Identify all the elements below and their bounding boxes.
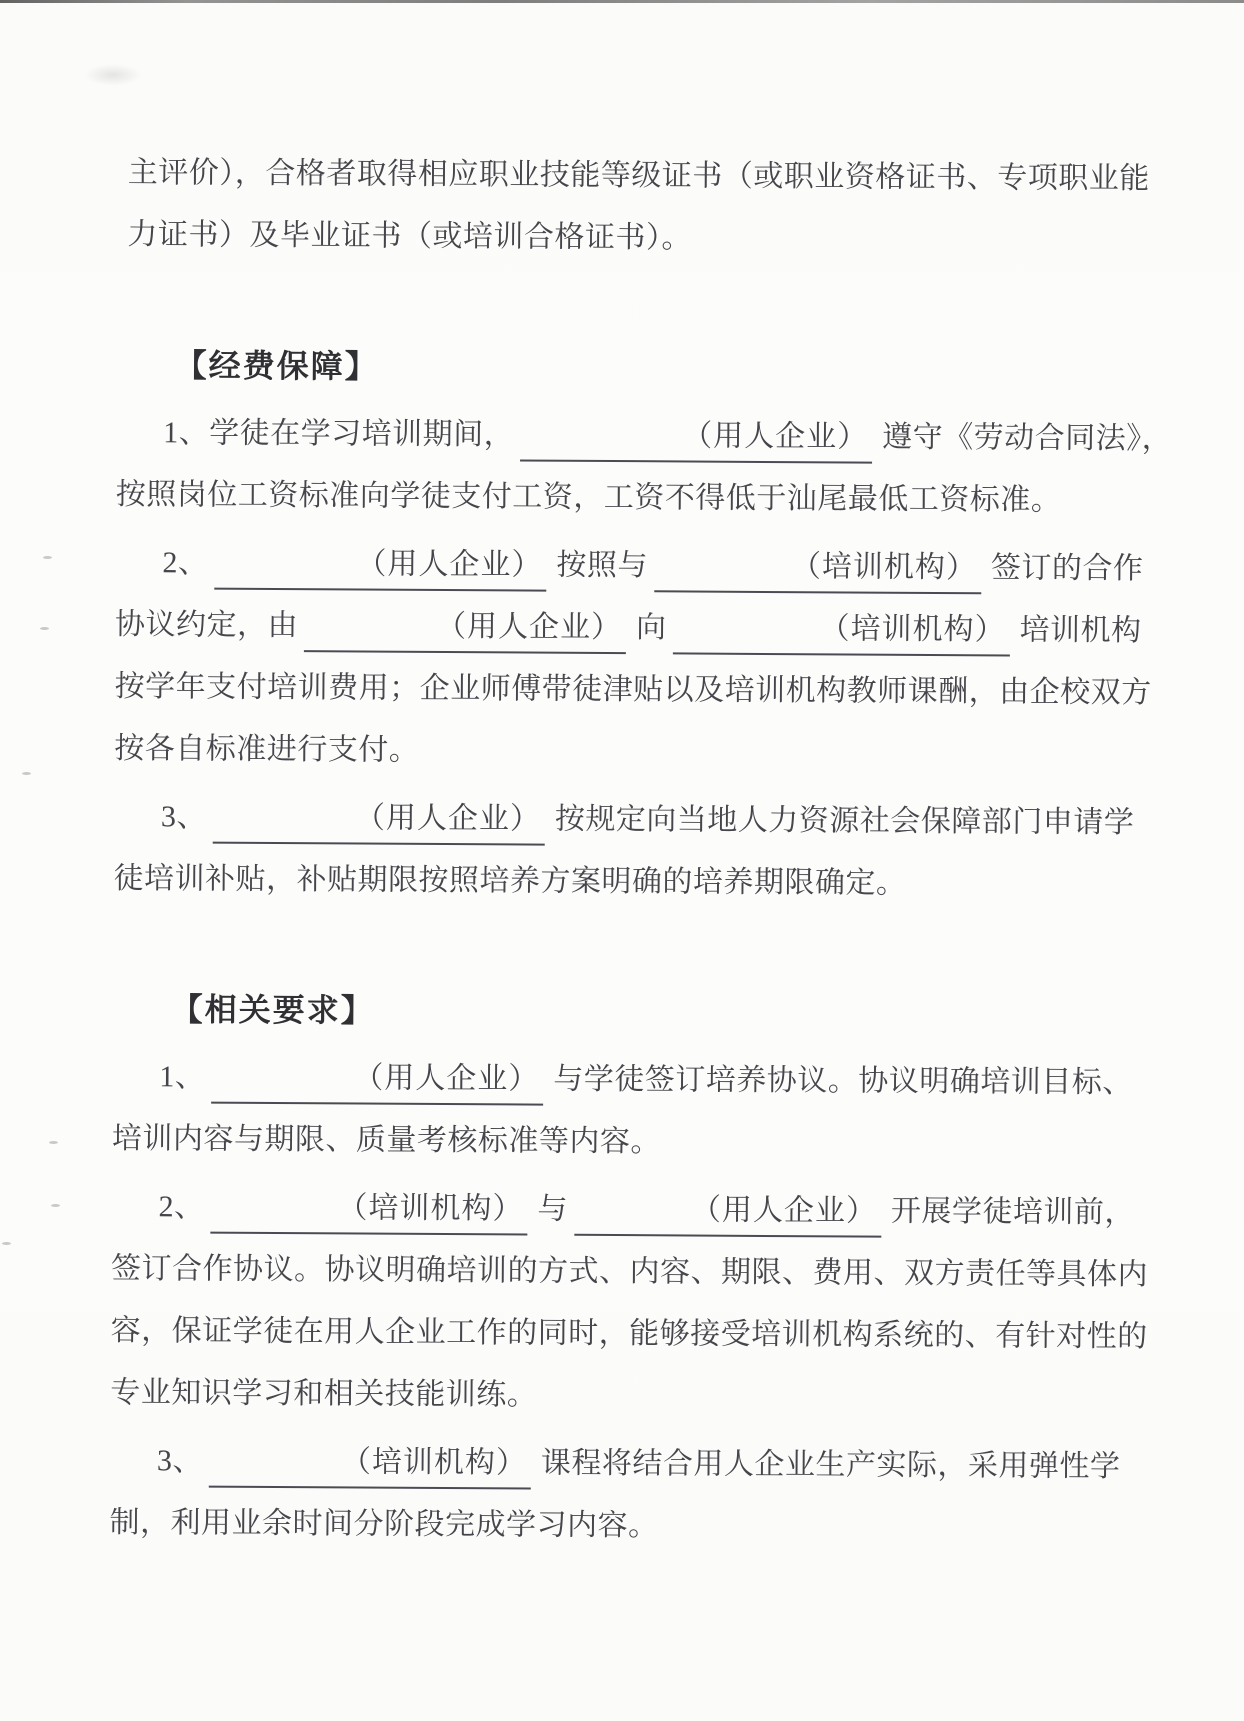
intro-paragraph: 主评价），合格者取得相应职业技能等级证书（或职业资格证书、专项职业能力证书）及毕…	[117, 142, 1203, 273]
text-run: 协议约定，由	[115, 608, 298, 642]
text-run: 签订的合作	[991, 551, 1144, 585]
scan-smudge	[84, 64, 142, 86]
text-run: 主评价），合格者取得相应职业技能等级证书（或职业资格证书、专项职业能	[128, 156, 1150, 195]
clause-paragraph: 1、（用人企业）与学徒签订培养协议。协议明确培训目标、培训内容与期限、质量考核标…	[112, 1046, 1198, 1177]
clause-paragraph: 1、学徒在学习培训期间，（用人企业）遵守《劳动合同法》，按照岗位工资标准向学徒支…	[116, 402, 1202, 533]
text-run: 按各自标准进行支付。	[114, 732, 419, 767]
blank-label: （培训机构）	[819, 612, 1005, 646]
blank-underline-space	[576, 1218, 691, 1220]
scan-speck	[43, 556, 52, 559]
clause-paragraph: 3、（用人企业）按规定向当地人力资源社会保障部门申请学徒培训补贴，补贴期限按照培…	[113, 786, 1199, 917]
text-run: 按照与	[556, 549, 648, 583]
blank-underline-space	[211, 1470, 341, 1472]
text-run: 3、	[157, 1444, 203, 1477]
scanner-edge-artifact	[0, 0, 1244, 3]
text-run: 按规定向当地人力资源社会保障部门申请学	[555, 803, 1135, 840]
clause-paragraph: 3、（培训机构）课程将结合用人企业生产实际，采用弹性学制，利用业余时间分阶段完成…	[109, 1430, 1195, 1561]
blank-label: （用人企业）	[353, 1061, 539, 1095]
blank-label: （用人企业）	[355, 801, 541, 835]
blank-label: （培训机构）	[341, 1445, 527, 1479]
blank-underline-space	[306, 634, 436, 636]
fill-in-blank: （培训机构）	[210, 1188, 527, 1236]
blank-underline-space	[656, 574, 791, 576]
scan-speck	[40, 627, 49, 630]
text-run: 3、	[161, 800, 207, 833]
fill-in-blank: （用人企业）	[574, 1190, 881, 1238]
blank-underline-space	[212, 1216, 337, 1218]
blank-label: （用人企业）	[436, 610, 622, 644]
scan-speck	[22, 772, 31, 775]
blank-underline-space	[213, 1086, 353, 1088]
blank-label: （用人企业）	[682, 419, 868, 453]
fill-in-blank: （用人企业）	[211, 1058, 543, 1106]
section-heading: 【经费保障】	[116, 334, 1201, 403]
text-run: 开展学徒培训前，	[891, 1195, 1135, 1229]
section-heading: 【相关要求】	[113, 978, 1198, 1047]
blank-underline-space	[215, 826, 355, 828]
fill-in-blank: （用人企业）	[520, 415, 872, 463]
clause-paragraph: 2、（培训机构）与（用人企业）开展学徒培训前，签订合作协议。协议明确培训的方式、…	[110, 1176, 1196, 1431]
text-run: 1、	[159, 1060, 205, 1093]
blank-label: （培训机构）	[337, 1191, 523, 1225]
text-run: 培训机构	[1019, 614, 1141, 648]
text-run: 2、	[158, 1190, 204, 1223]
text-run: 力证书）及毕业证书（或培训合格证书）。	[127, 218, 692, 254]
blank-label: （用人企业）	[691, 1194, 877, 1228]
blank-label: （用人企业）	[356, 547, 542, 581]
text-run: 按照岗位工资标准向学徒支付工资，工资不得低于汕尾最低工资标准。	[116, 478, 1062, 517]
scan-speck	[2, 1242, 11, 1245]
fill-in-blank: （用人企业）	[214, 544, 546, 592]
text-run: 专业知识学习和相关技能训练。	[110, 1376, 537, 1412]
scan-speck	[51, 1204, 60, 1207]
document-content: 主评价），合格者取得相应职业技能等级证书（或职业资格证书、专项职业能力证书）及毕…	[109, 142, 1203, 1561]
blank-underline-space	[674, 636, 819, 638]
text-run: 与	[537, 1193, 568, 1226]
scan-speck	[49, 1141, 58, 1144]
text-run: 1、学徒在学习培训期间，	[163, 416, 514, 451]
clause-paragraph: 2、（用人企业）按照与（培训机构）签订的合作协议约定，由（用人企业）向（培训机构…	[114, 532, 1200, 787]
text-run: 徒培训补贴，补贴期限按照培养方案明确的培养期限确定。	[113, 862, 906, 900]
fill-in-blank: （用人企业）	[304, 606, 626, 654]
fill-in-blank: （培训机构）	[209, 1442, 531, 1490]
text-run: 签订合作协议。协议明确培训的方式、内容、期限、费用、双方责任等具体内	[111, 1252, 1148, 1291]
blank-label: （培训机构）	[791, 550, 977, 584]
fill-in-blank: （培训机构）	[654, 546, 981, 594]
text-run: 向	[636, 611, 667, 644]
text-run: 容，保证学徒在用人企业工作的同时，能够接受培训机构系统的、有针对性的	[111, 1314, 1148, 1353]
blank-underline-space	[522, 443, 682, 445]
blank-underline-space	[216, 572, 356, 574]
scanned-document-page: 主评价），合格者取得相应职业技能等级证书（或职业资格证书、专项职业能力证书）及毕…	[0, 0, 1244, 1721]
text-run: 培训内容与期限、质量考核标准等内容。	[112, 1122, 661, 1158]
text-run: 按学年支付培训费用；企业师傅带徒津贴以及培训机构教师课酬，由企校双方	[115, 670, 1152, 709]
text-run: 课程将结合用人企业生产实际，采用弹性学	[541, 1447, 1121, 1484]
text-run: 制，利用业余时间分阶段完成学习内容。	[109, 1506, 658, 1542]
text-run: 遵守《劳动合同法》，	[882, 421, 1172, 456]
fill-in-blank: （培训机构）	[672, 608, 1009, 656]
text-run: 2、	[162, 546, 208, 579]
fill-in-blank: （用人企业）	[213, 798, 545, 846]
text-run: 与学徒签订培养协议。协议明确培训目标、	[553, 1063, 1133, 1100]
